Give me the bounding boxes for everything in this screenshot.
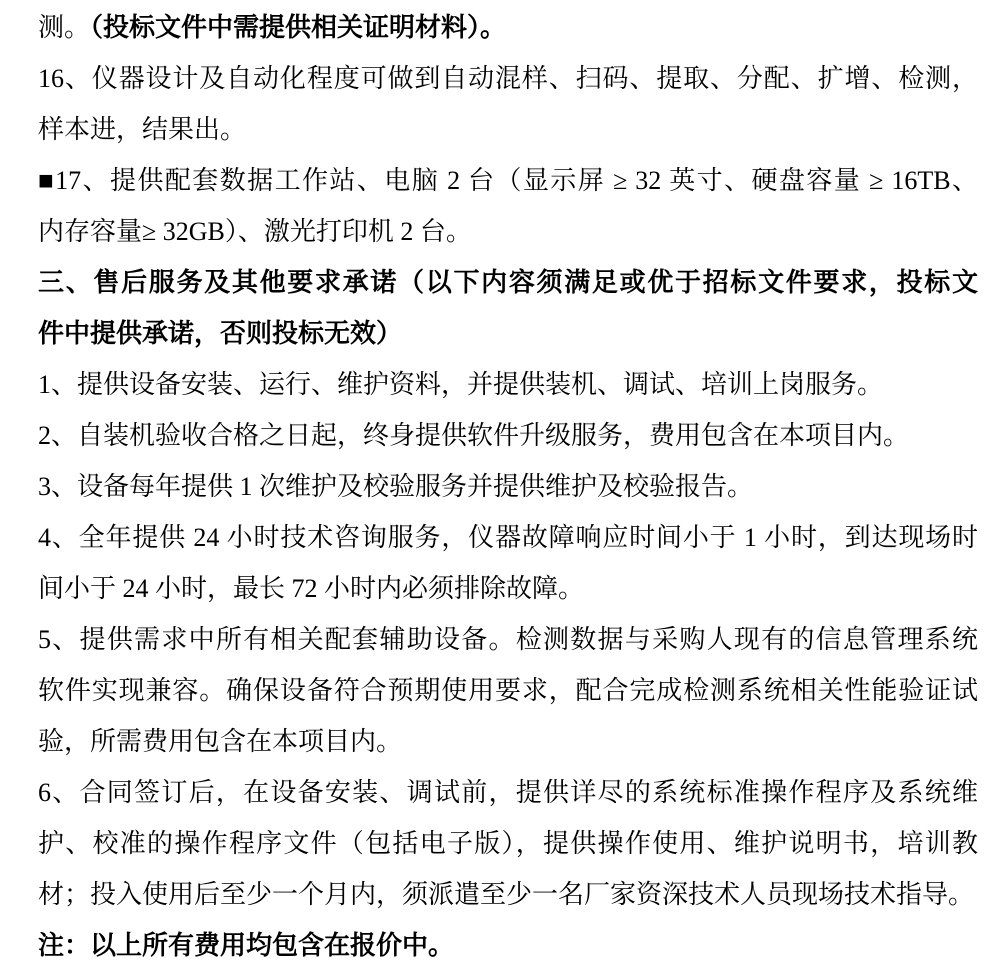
section-3-heading-line-2: 件中提供承诺，否则投标无效） (38, 308, 978, 359)
note-line: 注：以上所有费用均包含在报价中。 (38, 920, 978, 971)
item-17-text: 17、提供配套数据工作站、电脑 2 台（显示屏 ≥ 32 英寸、硬盘容量 ≥ 1… (55, 166, 978, 195)
service-item-4-line-1: 4、全年提供 24 小时技术咨询服务，仪器故障响应时间小于 1 小时，到达现场时 (38, 512, 978, 563)
item-16-line-2: 样本进，结果出。 (38, 104, 978, 155)
service-item-1-line: 1、提供设备安装、运行、维护资料，并提供装机、调试、培训上岗服务。 (38, 359, 978, 410)
item-17-line-2: 内存容量≥ 32GB）、激光打印机 2 台。 (38, 206, 978, 257)
service-item-4-line-2: 间小于 24 小时，最长 72 小时内必须排除故障。 (38, 563, 978, 614)
service-item-6-line-1: 6、合同签订后，在设备安装、调试前，提供详尽的系统标准操作程序及系统维 (38, 767, 978, 818)
item-16-line-1: 16、仪器设计及自动化程度可做到自动混样、扫码、提取、分配、扩增、检测， (38, 53, 978, 104)
service-item-2-line: 2、自装机验收合格之日起，终身提供软件升级服务，费用包含在本项目内。 (38, 410, 978, 461)
section-3-heading-line-1: 三、售后服务及其他要求承诺（以下内容须满足或优于招标文件要求，投标文 (38, 257, 978, 308)
service-item-6-line-2: 护、校准的操作程序文件（包括电子版），提供操作使用、维护说明书，培训教 (38, 818, 978, 869)
service-item-5-line-1: 5、提供需求中所有相关配套辅助设备。检测数据与采购人现有的信息管理系统 (38, 614, 978, 665)
service-item-3-line: 3、设备每年提供 1 次维护及校验服务并提供维护及校验报告。 (38, 461, 978, 512)
service-item-5-line-2: 软件实现兼容。确保设备符合预期使用要求，配合完成检测系统相关性能验证试 (38, 665, 978, 716)
page-continuation-line: 测。（投标文件中需提供相关证明材料）。 (38, 2, 978, 53)
document-page: 测。（投标文件中需提供相关证明材料）。 16、仪器设计及自动化程度可做到自动混样… (0, 0, 1001, 973)
item-17-line-1: ■17、提供配套数据工作站、电脑 2 台（显示屏 ≥ 32 英寸、硬盘容量 ≥ … (38, 155, 978, 206)
black-square-marker-icon: ■ (38, 166, 55, 195)
bold-proof-materials-note: （投标文件中需提供相关证明材料）。 (90, 13, 506, 42)
document-body: 测。（投标文件中需提供相关证明材料）。 16、仪器设计及自动化程度可做到自动混样… (38, 2, 978, 971)
service-item-5-line-3: 验，所需费用包含在本项目内。 (38, 716, 978, 767)
service-item-6-line-3: 材；投入使用后至少一个月内，须派遣至少一名厂家资深技术人员现场技术指导。 (38, 869, 978, 920)
continuation-text: 测。 (38, 13, 90, 42)
